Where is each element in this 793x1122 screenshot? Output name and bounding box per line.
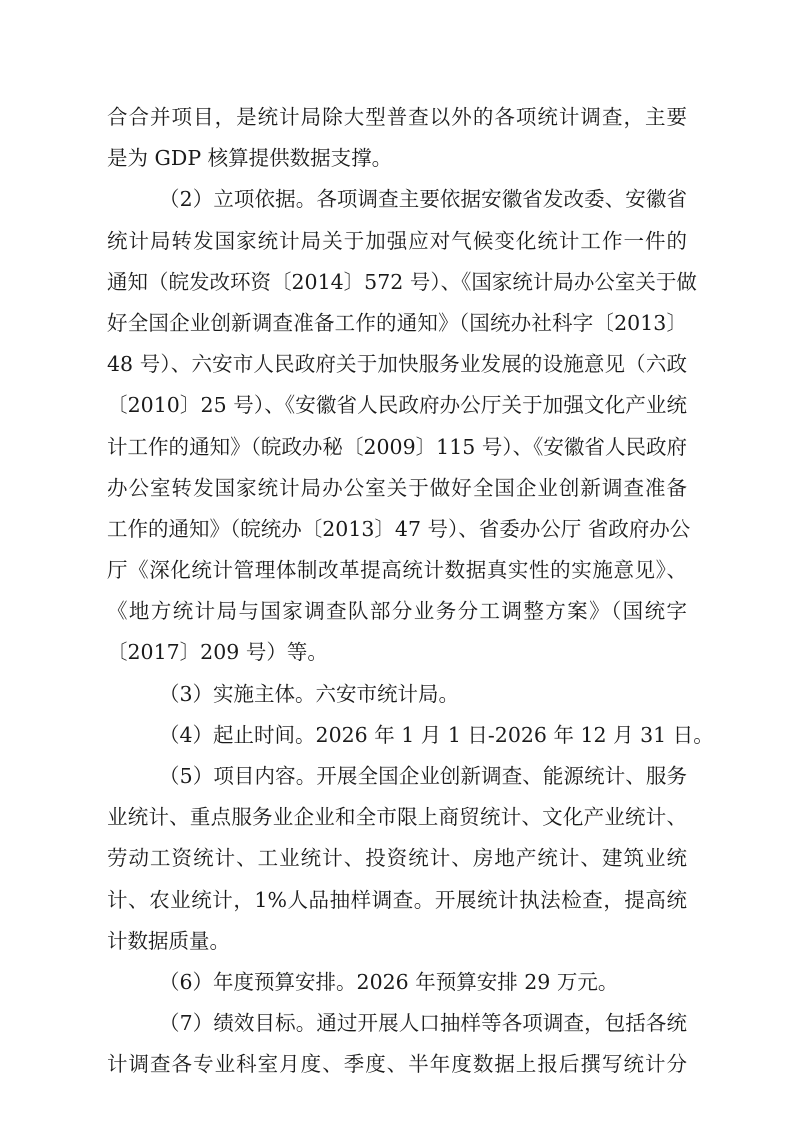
- text-line: 办公室转发国家统计局办公室关于做好全国企业创新调查准备: [107, 468, 687, 509]
- text-line: 劳动工资统计、工业统计、投资统计、房地产统计、建筑业统: [107, 838, 687, 879]
- text-line: 是为 GDP 核算提供数据支撑。: [107, 138, 687, 179]
- text-line: 厅《深化统计管理体制改革提高统计数据真实性的实施意见》、: [107, 550, 687, 591]
- text-line: 合合并项目，是统计局除大型普查以外的各项统计调查，主要: [107, 97, 687, 138]
- text-line: 〔2010〕25 号）、《安徽省人民政府办公厅关于加强文化产业统: [107, 385, 687, 426]
- text-line: 计工作的通知》（皖政办秘〔2009〕115 号）、《安徽省人民政府: [107, 427, 687, 468]
- text-line: （2）立项依据。各项调查主要依据安徽省发改委、安徽省: [107, 179, 687, 220]
- text-line: 计、农业统计，1%人品抽样调查。开展统计执法检查，提高统: [107, 880, 687, 921]
- text-line: 工作的通知》（皖统办〔2013〕47 号）、省委办公厅 省政府办公: [107, 509, 687, 550]
- text-line: 48 号）、六安市人民政府关于加快服务业发展的设施意见（六政: [107, 344, 687, 385]
- text-line: 业统计、重点服务业企业和全市限上商贸统计、文化产业统计、: [107, 797, 687, 838]
- text-line: 〔2017〕209 号）等。: [107, 632, 687, 673]
- text-line: （7）绩效目标。通过开展人口抽样等各项调查，包括各统: [107, 1003, 687, 1044]
- text-line: 《地方统计局与国家调查队部分业务分工调整方案》（国统字: [107, 591, 687, 632]
- text-line: 通知（皖发改环资〔2014〕572 号）、《国家统计局办公室关于做: [107, 262, 687, 303]
- text-line: 计数据质量。: [107, 921, 687, 962]
- text-line: 计调查各专业科室月度、季度、半年度数据上报后撰写统计分: [107, 1044, 687, 1085]
- text-line: （6）年度预算安排。2026 年预算安排 29 万元。: [107, 962, 687, 1003]
- text-line: （5）项目内容。开展全国企业创新调查、能源统计、服务: [107, 756, 687, 797]
- text-line: （4）起止时间。2026 年 1 月 1 日-2026 年 12 月 31 日。: [107, 715, 687, 756]
- text-line: 好全国企业创新调查准备工作的通知》（国统办社科字〔2013〕: [107, 303, 687, 344]
- document-page: 合合并项目，是统计局除大型普查以外的各项统计调查，主要 是为 GDP 核算提供数…: [107, 97, 687, 1086]
- text-line: （3）实施主体。六安市统计局。: [107, 674, 687, 715]
- text-line: 统计局转发国家统计局关于加强应对气候变化统计工作一件的: [107, 221, 687, 262]
